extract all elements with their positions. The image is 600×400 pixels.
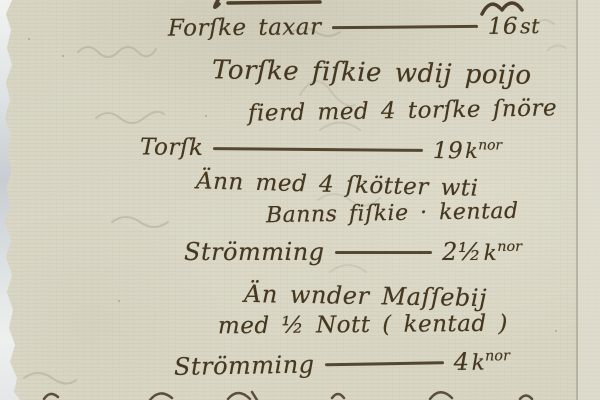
entry-label: Strömming [184,240,325,264]
manuscript-scan: { "colors":{ "paper":"#d8d5c3", "ink":"#… [0,0,600,400]
note-an-wnder-massebij: Än wnder Maſſebij [244,282,487,310]
dash-rule [332,25,478,29]
paper-speck [28,38,30,40]
note-torske-fiskie: Torſke fiſkie wdij poijo [212,57,532,89]
entry-stromming-1: Strömming 2½knor [184,240,522,265]
entry-value: 4knor [454,349,511,375]
entry-value: 19knor [433,139,502,163]
dash-rule [213,147,423,152]
note-banns-fiskie: Banns fiſkie · kentad [266,201,519,227]
dash-rule [335,251,433,254]
paper-speck [118,300,120,302]
entry-stromming-2: Strömming 4knor [174,349,510,379]
entry-forske-taxar: Forſke taxar 16st [168,14,540,41]
page-right-margin-strip [578,0,600,400]
entry-torsk: Torſk 19knor [140,136,502,163]
note-med-nott: med ½ Nott ( kentad ) [218,313,508,339]
paper-speck [555,330,557,332]
manuscript-page: Forſke taxar 16st Torſke fiſkie wdij poi… [0,0,600,400]
dash-rule [325,361,444,366]
entry-value: 2½knor [442,240,522,265]
paper-speck [62,55,64,57]
entry-label: Forſke taxar [168,17,322,41]
paper-speck [205,115,207,117]
entry-label: Torſk [140,137,204,161]
note-ann-med-skotter: Änn med 4 ſkötter wti [196,170,479,200]
entry-value: 16st [488,14,540,38]
note-fierd-med-snore: fierd med 4 torſke ſnöre [248,97,558,125]
entry-label: Strömming [174,353,315,379]
